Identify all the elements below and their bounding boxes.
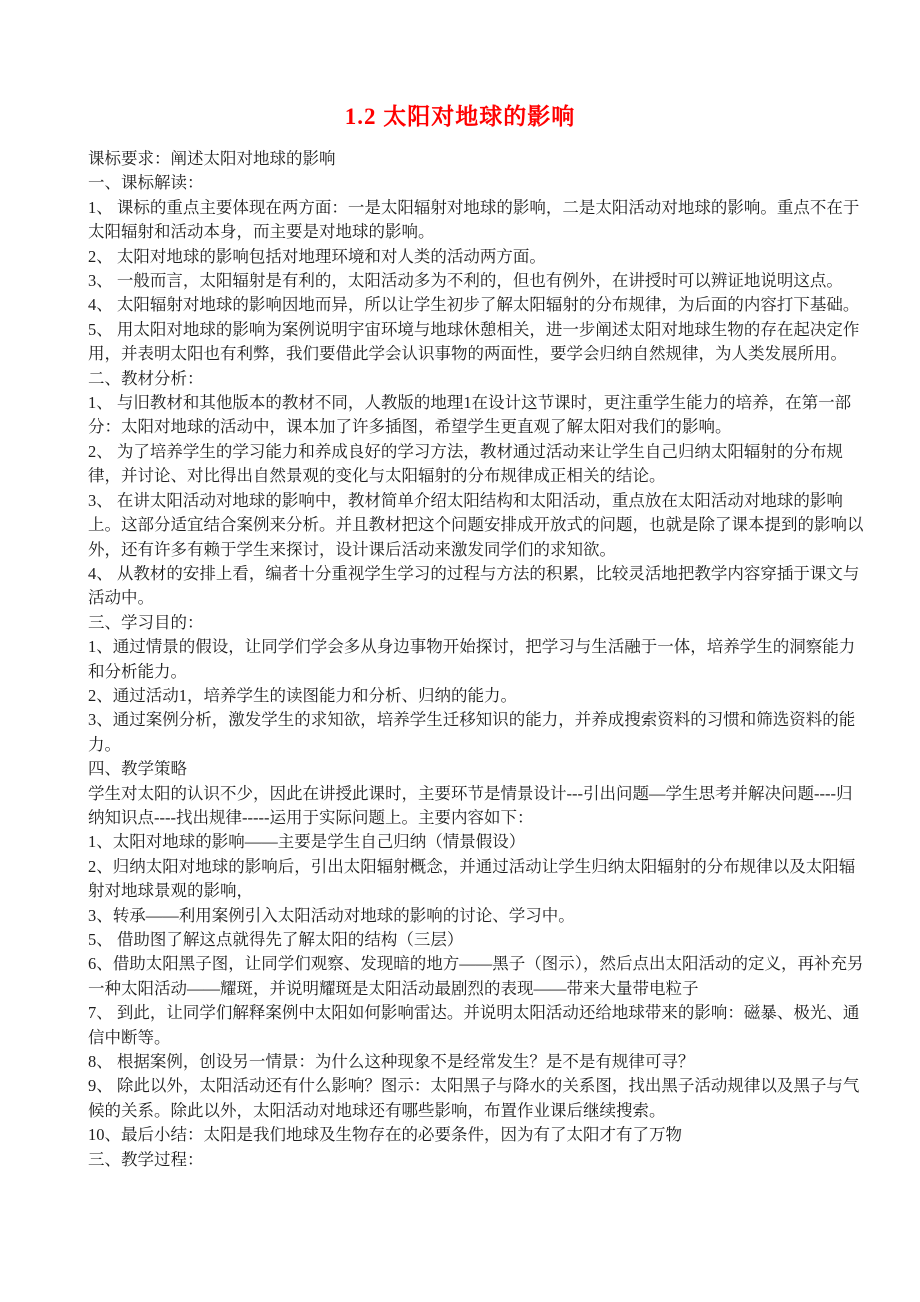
document-title: 1.2 太阳对地球的影响 <box>0 103 920 131</box>
section-3-heading: 三、学习目的： <box>88 611 864 635</box>
section-5-heading: 三、教学过程： <box>88 1148 864 1172</box>
list-item: 6、借助太阳黑子图，让同学们观察、发现暗的地方——黑子（图示），然后点出太阳活动… <box>88 952 864 1001</box>
list-item: 5、 用太阳对地球的影响为案例说明宇宙环境与地球休憩相关，进一步阐述太阳对地球生… <box>88 318 864 367</box>
section-1-heading: 一、课标解读： <box>88 171 864 195</box>
list-item: 7、 到此，让同学们解释案例中太阳如何影响雷达。并说明太阳活动还给地球带来的影响… <box>88 1001 864 1050</box>
list-item: 8、 根据案例，创设另一情景：为什么这种现象不是经常发生？是不是有规律可寻？ <box>88 1050 864 1074</box>
list-item: 2、通过活动1，培养学生的读图能力和分析、归纳的能力。 <box>88 684 864 708</box>
document-page: 1.2 太阳对地球的影响 课标要求：阐述太阳对地球的影响 一、课标解读： 1、 … <box>0 0 920 1302</box>
list-item: 9、 除此以外，太阳活动还有什么影响？图示：太阳黑子与降水的关系图，找出黑子活动… <box>88 1074 864 1123</box>
list-item: 1、 与旧教材和其他版本的教材不同，人教版的地理1在设计这节课时，更注重学生能力… <box>88 391 864 440</box>
list-item: 10、最后小结：太阳是我们地球及生物存在的必要条件，因为有了太阳才有了万物 <box>88 1123 864 1147</box>
list-item: 3、 一般而言，太阳辐射是有利的，太阳活动多为不利的，但也有例外，在讲授时可以辨… <box>88 269 864 293</box>
list-item: 1、 课标的重点主要体现在两方面：一是太阳辐射对地球的影响，二是太阳活动对地球的… <box>88 196 864 245</box>
section-2-heading: 二、教材分析： <box>88 367 864 391</box>
section-4-heading: 四、教学策略 <box>88 757 864 781</box>
list-item: 2、 为了培养学生的学习能力和养成良好的学习方法，教材通过活动来让学生自己归纳太… <box>88 440 864 489</box>
list-item: 1、太阳对地球的影响——主要是学生自己归纳（情景假设） <box>88 830 864 854</box>
list-item: 3、 在讲太阳活动对地球的影响中，教材简单介绍太阳结构和太阳活动，重点放在太阳活… <box>88 489 864 562</box>
course-standard-line: 课标要求：阐述太阳对地球的影响 <box>88 147 864 171</box>
list-item: 4、 从教材的安排上看，编者十分重视学生学习的过程与方法的积累，比较灵活地把教学… <box>88 562 864 611</box>
strategy-overview: 学生对太阳的认识不少，因此在讲授此课时，主要环节是情景设计---引出问题—学生思… <box>88 782 864 831</box>
document-body: 课标要求：阐述太阳对地球的影响 一、课标解读： 1、 课标的重点主要体现在两方面… <box>88 147 864 1172</box>
list-item: 3、转承——利用案例引入太阳活动对地球的影响的讨论、学习中。 <box>88 904 864 928</box>
list-item: 1、通过情景的假设，让同学们学会多从身边事物开始探讨，把学习与生活融于一体，培养… <box>88 635 864 684</box>
list-item: 2、归纳太阳对地球的影响后，引出太阳辐射概念，并通过活动让学生归纳太阳辐射的分布… <box>88 855 864 904</box>
list-item: 2、 太阳对地球的影响包括对地理环境和对人类的活动两方面。 <box>88 245 864 269</box>
list-item: 5、 借助图了解这点就得先了解太阳的结构（三层） <box>88 928 864 952</box>
list-item: 4、 太阳辐射对地球的影响因地而异，所以让学生初步了解太阳辐射的分布规律，为后面… <box>88 293 864 317</box>
list-item: 3、通过案例分析，激发学生的求知欲，培养学生迁移知识的能力，并养成搜索资料的习惯… <box>88 708 864 757</box>
